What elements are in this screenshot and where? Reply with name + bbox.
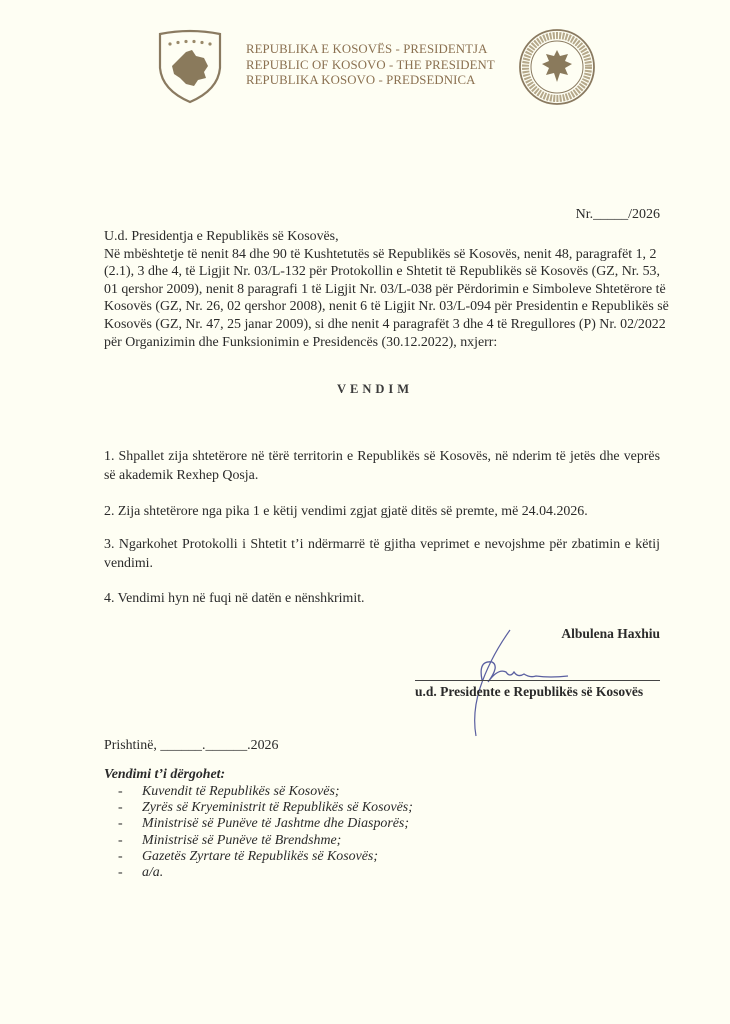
article-4: 4. Vendimi hyn në fuqi në datën e nënshk…	[104, 590, 660, 609]
presidency-seal-icon	[518, 28, 596, 106]
handwritten-signature	[440, 628, 580, 738]
document-title: VENDIM	[0, 382, 730, 397]
preamble-line: U.d. Presidentja e Republikës së Kosovës…	[104, 228, 660, 246]
preamble: U.d. Presidentja e Republikës së Kosovës…	[104, 228, 660, 351]
preamble-line: Kosovës (GZ, Nr. 47, 25 janar 2009), si …	[104, 316, 660, 334]
list-item: -Zyrës së Kryeministrit të Republikës së…	[104, 800, 413, 816]
place-date: Prishtinë, ______.______.2026	[104, 738, 278, 754]
document-number: Nr._____/2026	[576, 207, 660, 223]
list-item: -Ministrisë së Punëve të Brendshme;	[104, 833, 413, 849]
signatory-role: u.d. Presidente e Republikës së Kosovës	[415, 684, 643, 700]
preamble-line: Në mbështetje të nenit 84 dhe 90 të Kush…	[104, 246, 660, 264]
distribution-title: Vendimi t’i dërgohet:	[104, 767, 225, 783]
signature-line	[415, 680, 660, 681]
article-1: 1. Shpallet zija shtetërore në tërë terr…	[104, 448, 660, 485]
letterhead: REPUBLIKA E KOSOVËS - PRESIDENTJA REPUBL…	[156, 28, 596, 104]
preamble-line: 01 qershor 2009), nenit 8 paragrafi 1 të…	[104, 281, 660, 299]
letterhead-line-serbian: REPUBLIKA KOSOVO - PREDSEDNICA	[246, 73, 506, 89]
list-item: -Ministrisë së Punëve të Jashtme dhe Dia…	[104, 816, 413, 832]
preamble-line: Kosovës (GZ, Nr. 26, 02 qershor 2008), n…	[104, 298, 660, 316]
document-page: REPUBLIKA E KOSOVËS - PRESIDENTJA REPUBL…	[0, 0, 730, 1024]
letterhead-line-english: REPUBLIC OF KOSOVO - THE PRESIDENT	[246, 58, 506, 74]
preamble-line: për Organizimin dhe Funksionimin e Presi…	[104, 334, 660, 352]
distribution-list: -Kuvendit të Republikës së Kosovës; -Zyr…	[104, 784, 413, 881]
list-item: -a/a.	[104, 865, 413, 881]
preamble-line: (2.1), 3 dhe 4, të Ligjit Nr. 03/L-132 p…	[104, 263, 660, 281]
article-3: 3. Ngarkohet Protokolli i Shtetit t’i nd…	[104, 536, 660, 573]
list-item: -Kuvendit të Republikës së Kosovës;	[104, 784, 413, 800]
letterhead-text: REPUBLIKA E KOSOVËS - PRESIDENTJA REPUBL…	[246, 42, 506, 89]
letterhead-line-albanian: REPUBLIKA E KOSOVËS - PRESIDENTJA	[246, 42, 506, 58]
kosovo-coat-of-arms-icon	[156, 28, 224, 104]
article-2: 2. Zija shtetërore nga pika 1 e këtij ve…	[104, 503, 660, 522]
list-item: -Gazetës Zyrtare të Republikës së Kosovë…	[104, 849, 413, 865]
